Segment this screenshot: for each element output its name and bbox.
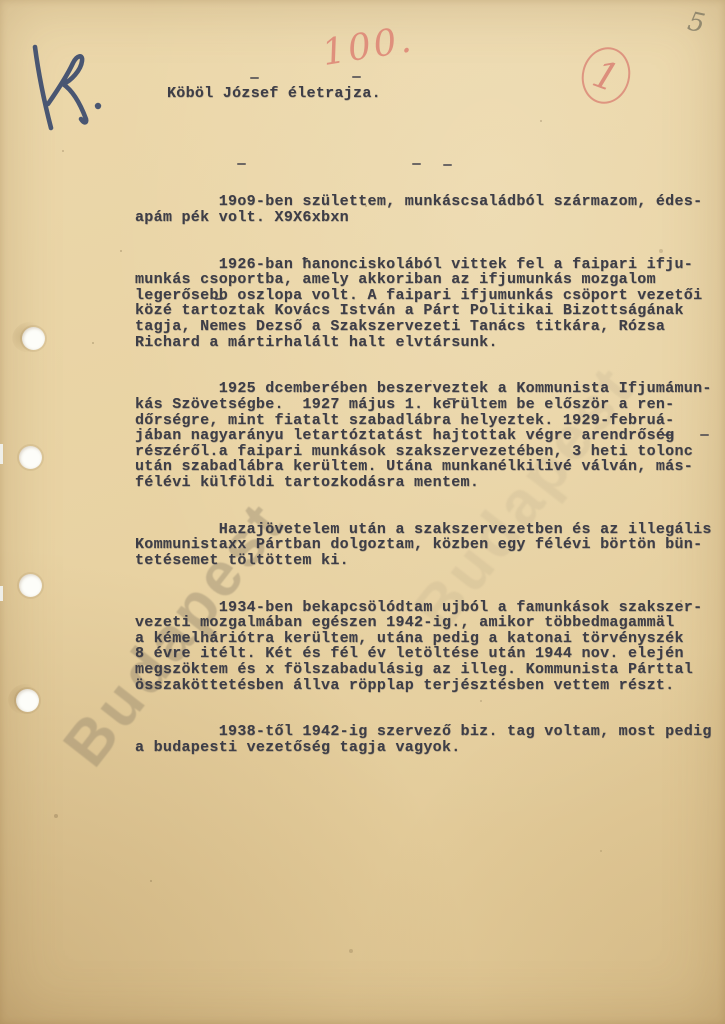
scan-edge-artifact	[0, 586, 3, 601]
punch-hole	[19, 446, 42, 469]
paragraph-1: 19o9-ben születtem, munkáscsaládból szár…	[135, 194, 712, 225]
paragraph-5: 1934-ben bekapcsölódtam ujból a famunkás…	[135, 600, 712, 694]
typewriter-dash-artifact	[215, 298, 224, 300]
scanned-document-page: Budapest Budapest 100. 1 5 Köböl József …	[0, 0, 725, 1024]
paragraph-6: 1938-től 1942-ig szervező biz. tag volta…	[135, 724, 712, 755]
red-circled-number: 1	[576, 42, 636, 109]
typewriter-dash-artifact	[700, 434, 709, 436]
paragraph-2: 1926-ban ħanonciskolából vittek fel a fa…	[135, 257, 712, 351]
handwritten-k-initial	[24, 42, 108, 134]
blue-ink-k-icon	[24, 42, 108, 134]
typewriter-dash-artifact	[412, 163, 421, 165]
typewriter-dash-artifact	[155, 447, 164, 449]
document-title: Köböl József életrajza.	[167, 86, 381, 102]
red-page-number: 100.	[319, 19, 416, 74]
typewriter-dash-artifact	[447, 398, 456, 400]
pencil-corner-number: 5	[685, 7, 707, 40]
circled-number-digit: 1	[588, 54, 624, 98]
typewriter-dash-artifact	[250, 77, 259, 79]
paper-specks	[0, 0, 2, 2]
document-body: 19o9-ben születtem, munkáscsaládból szár…	[135, 163, 712, 787]
typewriter-dash-artifact	[443, 164, 452, 166]
typewriter-dash-artifact	[352, 76, 361, 78]
punch-hole	[19, 574, 42, 597]
scan-edge-artifact	[0, 444, 3, 464]
typewriter-dash-artifact	[237, 163, 246, 165]
typewriter-dash-artifact	[663, 434, 672, 436]
punch-hole	[16, 689, 39, 712]
paragraph-4: Hazajövetelem után a szakszervezetben és…	[135, 522, 712, 569]
punch-hole	[22, 327, 45, 350]
paragraph-3: 1925 dcemberében beszerveztek a Kommunis…	[135, 381, 712, 490]
